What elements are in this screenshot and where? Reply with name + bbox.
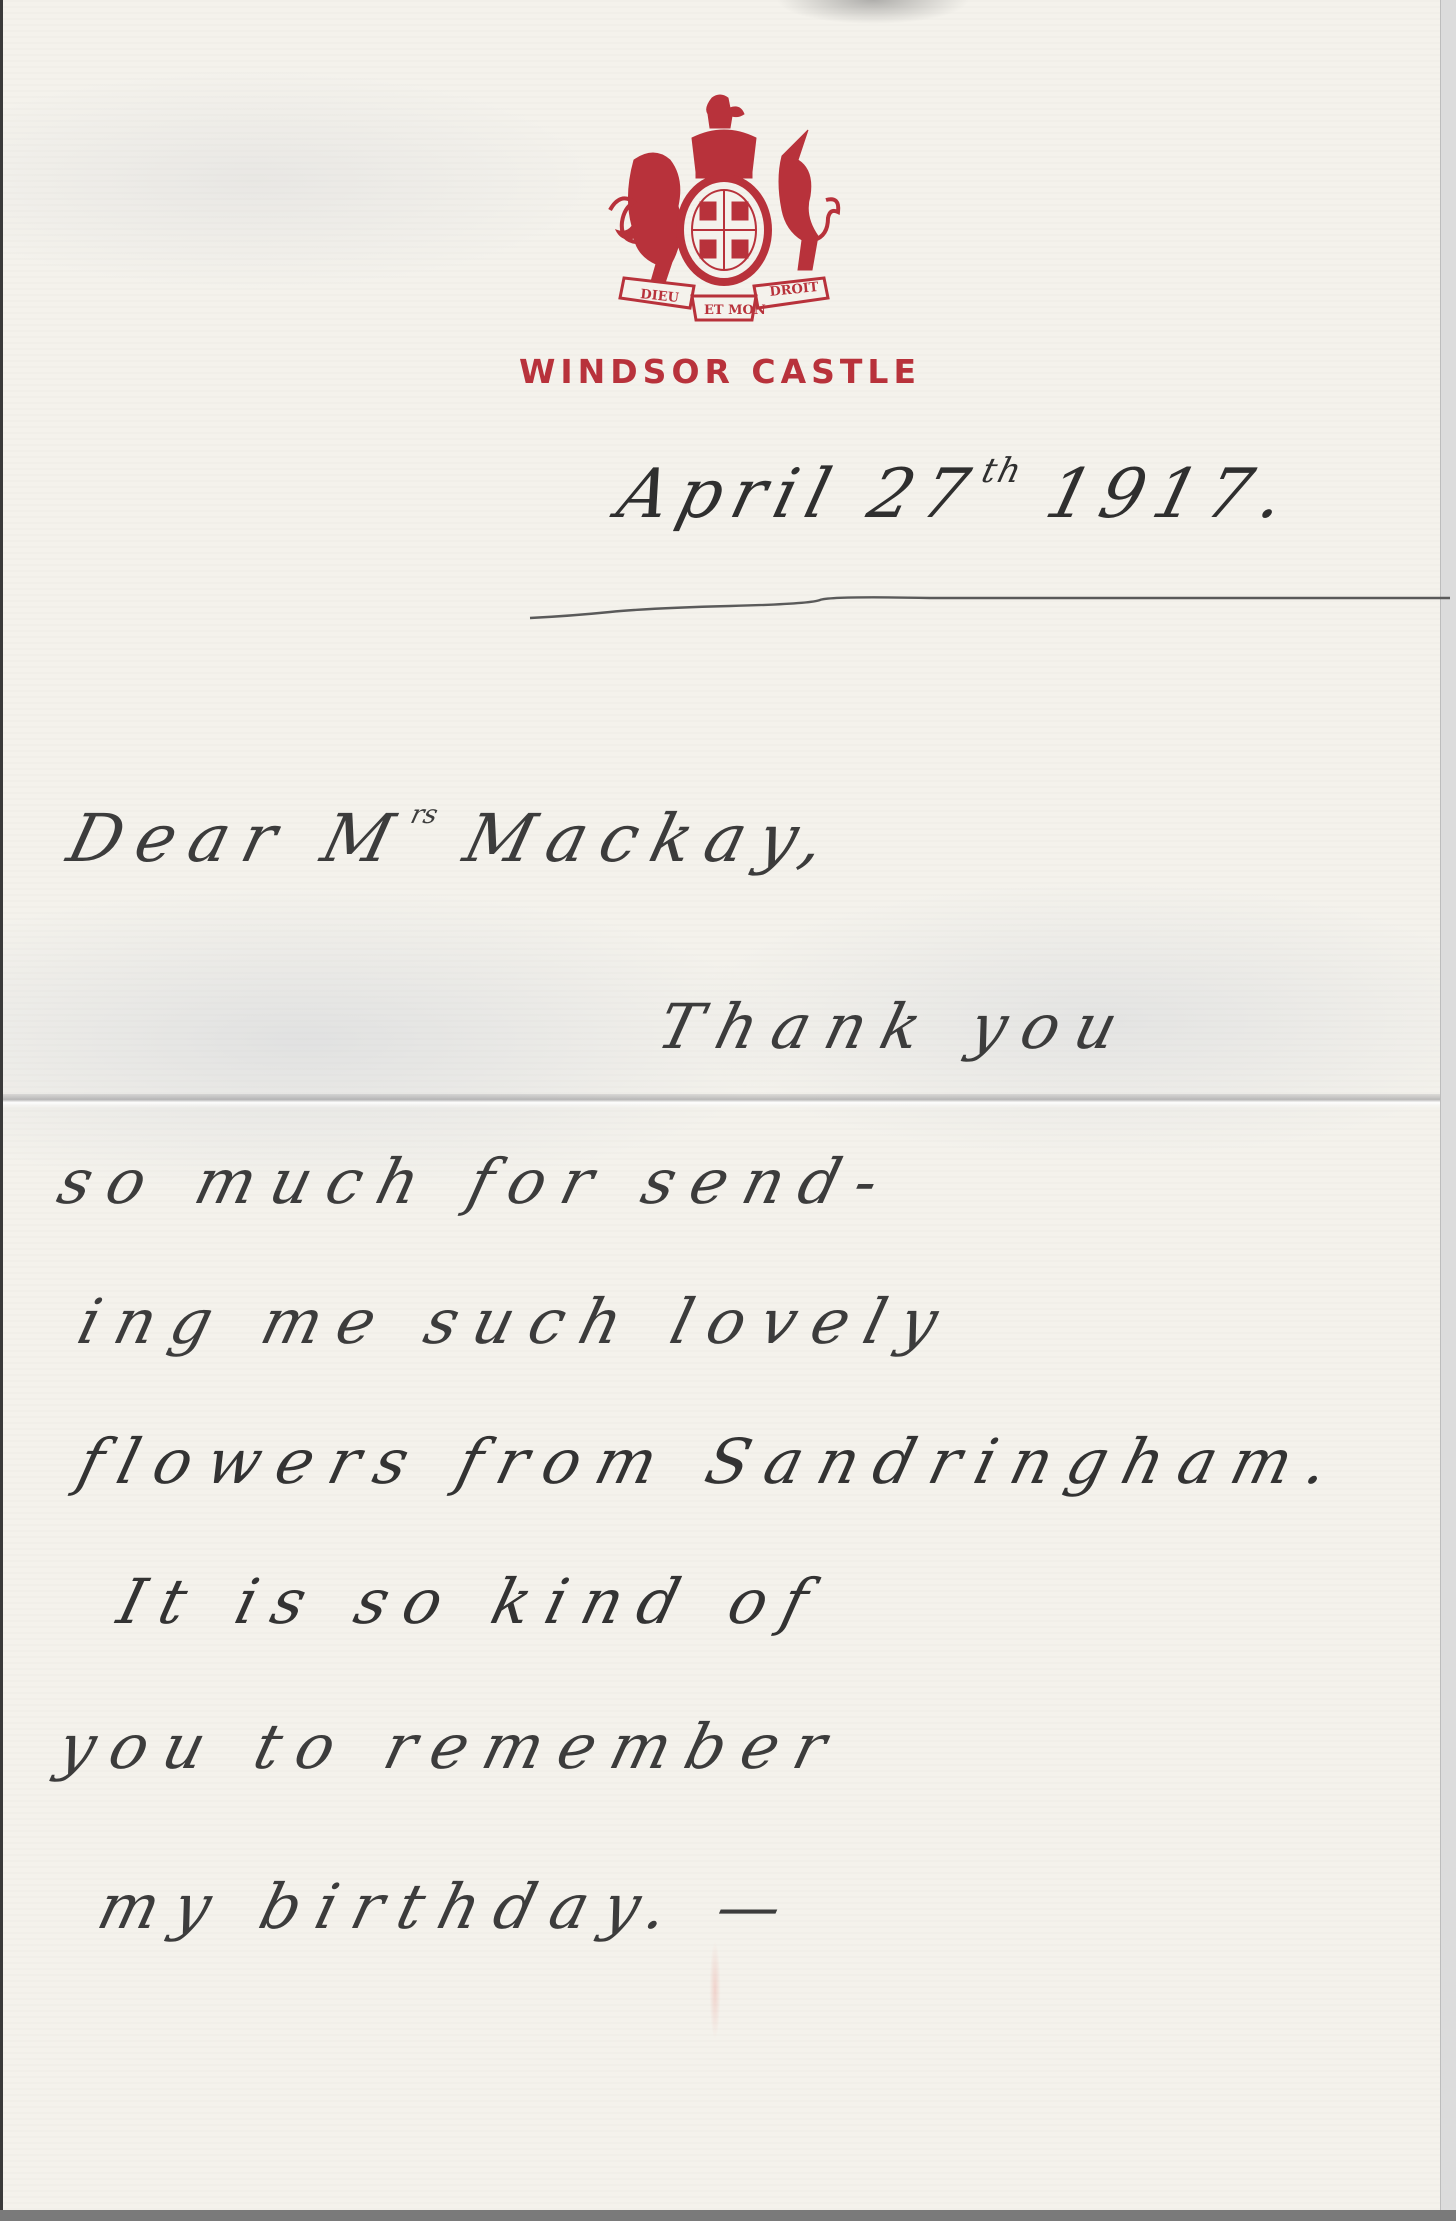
body-line: so much for send- <box>51 1145 902 1218</box>
paper-stain <box>700 1900 730 2080</box>
salutation-honorific: rs <box>408 800 441 830</box>
body-line: Thank you <box>651 990 1141 1063</box>
body-line: It is so kind of <box>111 1565 832 1638</box>
date-day: 27 <box>860 455 986 534</box>
date-month: April <box>610 455 848 534</box>
svg-text:DIEU: DIEU <box>640 287 681 306</box>
salutation-name: Mackay, <box>457 800 847 877</box>
scan-bottom-shadow <box>0 2210 1456 2221</box>
body-line: you to remember <box>51 1710 850 1783</box>
fold-crease <box>3 1094 1440 1108</box>
body-line: my birthday. — <box>91 1870 806 1943</box>
letterhead-title: WINDSOR CASTLE <box>480 352 960 391</box>
salutation-prefix: Dear M <box>60 800 415 877</box>
royal-coat-of-arms-icon: DIEU DROIT ET MON <box>604 90 844 330</box>
letter-date: April 27th 1917. <box>610 455 1302 534</box>
date-year: 1917. <box>1038 455 1302 534</box>
body-line: flowers from Sandringham. <box>71 1425 1352 1498</box>
scan-right-margin <box>1440 0 1456 2221</box>
salutation: Dear Mrs Mackay, <box>60 800 846 877</box>
date-underline <box>520 590 1450 630</box>
body-line: ing me such lovely <box>71 1285 961 1358</box>
svg-text:ET MON: ET MON <box>704 303 766 318</box>
